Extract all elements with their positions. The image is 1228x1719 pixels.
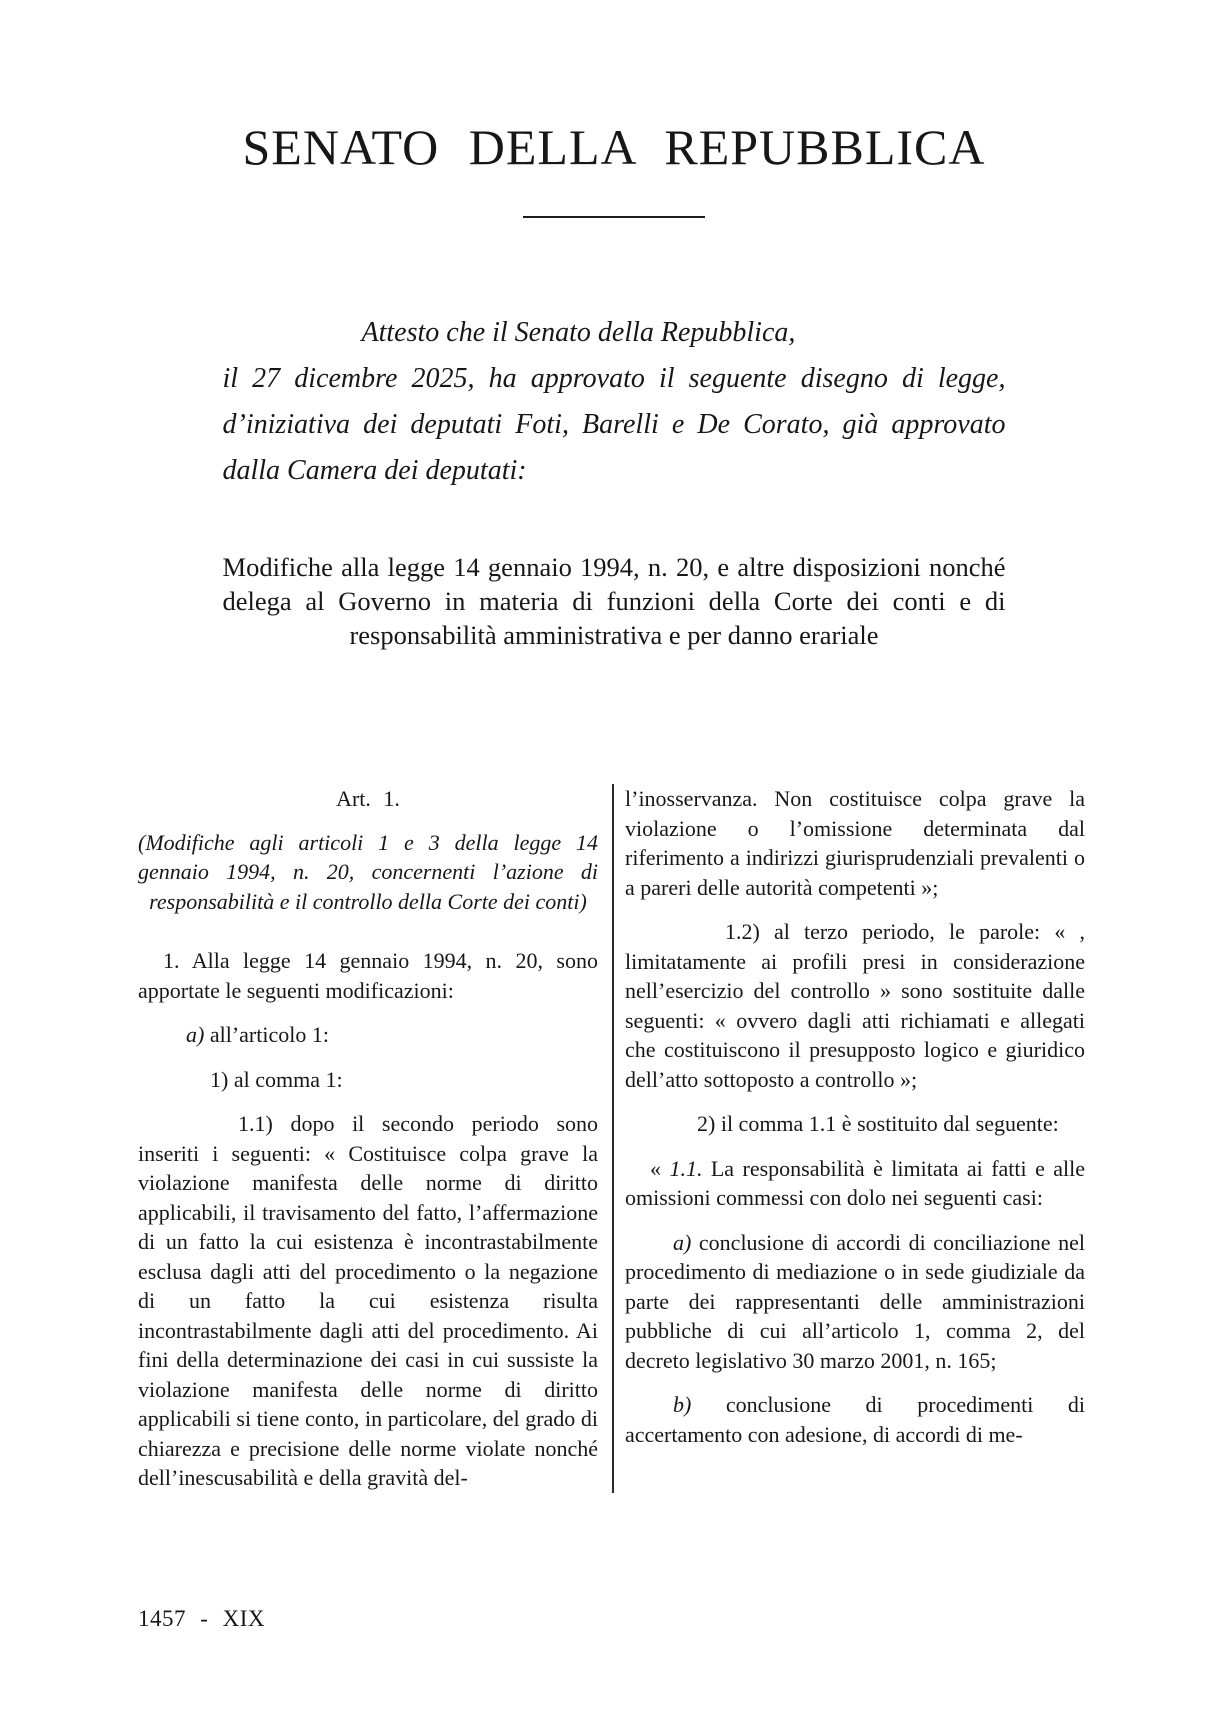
lettera-b-text: conclusione di procedimenti di accertame… bbox=[625, 1392, 1085, 1447]
lettera-a-nuova-text: conclusione di accordi di conciliazione … bbox=[625, 1230, 1085, 1373]
attestation-opening-line: Attesto che il Senato della Repubblica, bbox=[223, 310, 1006, 356]
paragraph-comma-1: 1. Alla legge 14 gennaio 1994, n. 20, so… bbox=[138, 946, 598, 1005]
lettera-b-marker: b) bbox=[673, 1392, 691, 1417]
masthead-rule bbox=[523, 216, 705, 218]
paragraph-lettera-a: a) all’articolo 1: bbox=[138, 1020, 598, 1050]
masthead-title: SENATO DELLA REPUBBLICA bbox=[0, 118, 1228, 176]
paragraph-continuation: l’inosservanza. Non costituisce colpa gr… bbox=[625, 784, 1085, 902]
page-footer: 1457 - XIX bbox=[138, 1606, 265, 1632]
quote-open: « bbox=[650, 1156, 669, 1181]
docket-number: 1457 - XIX bbox=[138, 1606, 265, 1631]
lettera-a-text: all’articolo 1: bbox=[204, 1022, 329, 1047]
paragraph-comma-1-1-nuovo: « 1.1. La responsabilità è limitata ai f… bbox=[625, 1154, 1085, 1213]
article-number: Art. 1. bbox=[138, 784, 598, 814]
paragraph-lettera-b: b) conclusione di procedimenti di accert… bbox=[625, 1390, 1085, 1449]
paragraph-numero-1-2: 1.2) al terzo periodo, le parole: « , li… bbox=[625, 917, 1085, 1094]
document-page: SENATO DELLA REPUBBLICA Attesto che il S… bbox=[0, 0, 1228, 1719]
right-column: l’inosservanza. Non costituisce colpa gr… bbox=[612, 784, 1085, 1493]
law-title-block: Modifiche alla legge 14 gennaio 1994, n.… bbox=[223, 550, 1006, 652]
paragraph-numero-2: 2) il comma 1.1 è sostituito dal seguent… bbox=[625, 1109, 1085, 1139]
attestation-body: il 27 dicembre 2025, ha approvato il seg… bbox=[223, 356, 1006, 494]
left-column: Art. 1. (Modifiche agli articoli 1 e 3 d… bbox=[138, 784, 598, 1493]
lettera-a-nuova-marker: a) bbox=[673, 1230, 691, 1255]
masthead: SENATO DELLA REPUBBLICA bbox=[0, 118, 1228, 218]
paragraph-numero-1: 1) al comma 1: bbox=[138, 1065, 598, 1095]
paragraph-numero-1-1: 1.1) dopo il secondo periodo sono inseri… bbox=[138, 1109, 598, 1493]
comma-1-1-marker: 1.1. bbox=[669, 1156, 702, 1181]
article-body: Art. 1. (Modifiche agli articoli 1 e 3 d… bbox=[138, 784, 1085, 1493]
attestation-block: Attesto che il Senato della Repubblica, … bbox=[223, 310, 1006, 494]
lettera-a-marker: a) bbox=[186, 1022, 204, 1047]
article-rubric: (Modifiche agli articoli 1 e 3 della leg… bbox=[138, 828, 598, 917]
law-title-text: Modifiche alla legge 14 gennaio 1994, n.… bbox=[223, 550, 1006, 652]
paragraph-lettera-a-nuova: a) conclusione di accordi di conciliazio… bbox=[625, 1228, 1085, 1376]
